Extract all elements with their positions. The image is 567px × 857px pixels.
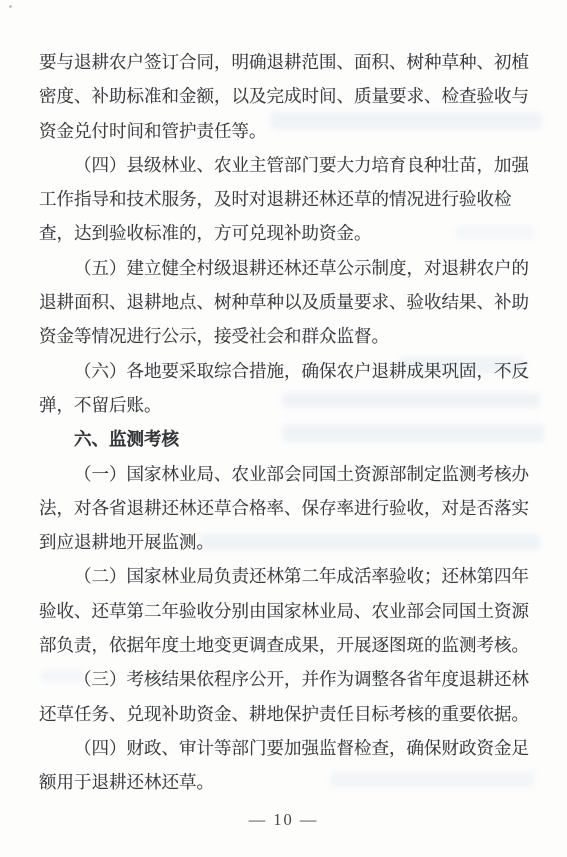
document-body: 要与退耕农户签订合同，明确退耕范围、面积、树种草种、初植密度、补助标准和金额，以… bbox=[39, 45, 533, 800]
text-line: （二）国家林业局负责还林第二年成活率验收；还林第四年 bbox=[39, 559, 533, 593]
text-line: 资金兑付时间和管护责任等。 bbox=[39, 114, 533, 148]
text-line: 弹，不留后账。 bbox=[39, 388, 533, 422]
page-footer: — 10 — bbox=[0, 810, 567, 830]
text-line: 查，达到验收标准的，方可兑现补助资金。 bbox=[39, 216, 533, 250]
text-line: 资金等情况进行公示，接受社会和群众监督。 bbox=[39, 319, 533, 353]
text-line: 法，对各省退耕还林还草合格率、保存率进行验收，对是否落实 bbox=[39, 491, 533, 525]
page-number: — 10 — bbox=[249, 810, 319, 829]
text-line: 部负责，依据年度土地变更调查成果，开展逐图斑的监测考核。 bbox=[39, 628, 533, 662]
text-line: 密度、补助标准和金额，以及完成时间、质量要求、检查验收与 bbox=[39, 79, 533, 113]
text-line: （三）考核结果依程序公开，并作为调整各省年度退耕还林 bbox=[39, 662, 533, 696]
text-line: 验收、还草第二年验收分别由国家林业局、农业部会同国土资源 bbox=[39, 594, 533, 628]
scan-speck bbox=[9, 5, 12, 8]
text-line: 工作指导和技术服务，及时对退耕还林还草的情况进行验收检 bbox=[39, 182, 533, 216]
document-page: 要与退耕农户签订合同，明确退耕范围、面积、树种草种、初植密度、补助标准和金额，以… bbox=[0, 0, 567, 857]
text-line: 要与退耕农户签订合同，明确退耕范围、面积、树种草种、初植 bbox=[39, 45, 533, 79]
text-line: （四）财政、审计等部门要加强监督检查，确保财政资金足 bbox=[39, 731, 533, 765]
text-line: 还草任务、兑现补助资金、耕地保护责任目标考核的重要依据。 bbox=[39, 697, 533, 731]
text-line: （六）各地要采取综合措施，确保农户退耕成果巩固，不反 bbox=[39, 354, 533, 388]
text-line: 退耕面积、退耕地点、树种草种以及质量要求、验收结果、补助 bbox=[39, 285, 533, 319]
text-line: （五）建立健全村级退耕还林还草公示制度，对退耕农户的 bbox=[39, 251, 533, 285]
section-heading: 六、监测考核 bbox=[39, 422, 533, 456]
text-line: （四）县级林业、农业主管部门要大力培育良种壮苗，加强 bbox=[39, 148, 533, 182]
text-line: （一）国家林业局、农业部会同国土资源部制定监测考核办 bbox=[39, 457, 533, 491]
text-line: 额用于退耕还林还草。 bbox=[39, 765, 533, 799]
text-line: 到应退耕地开展监测。 bbox=[39, 525, 533, 559]
